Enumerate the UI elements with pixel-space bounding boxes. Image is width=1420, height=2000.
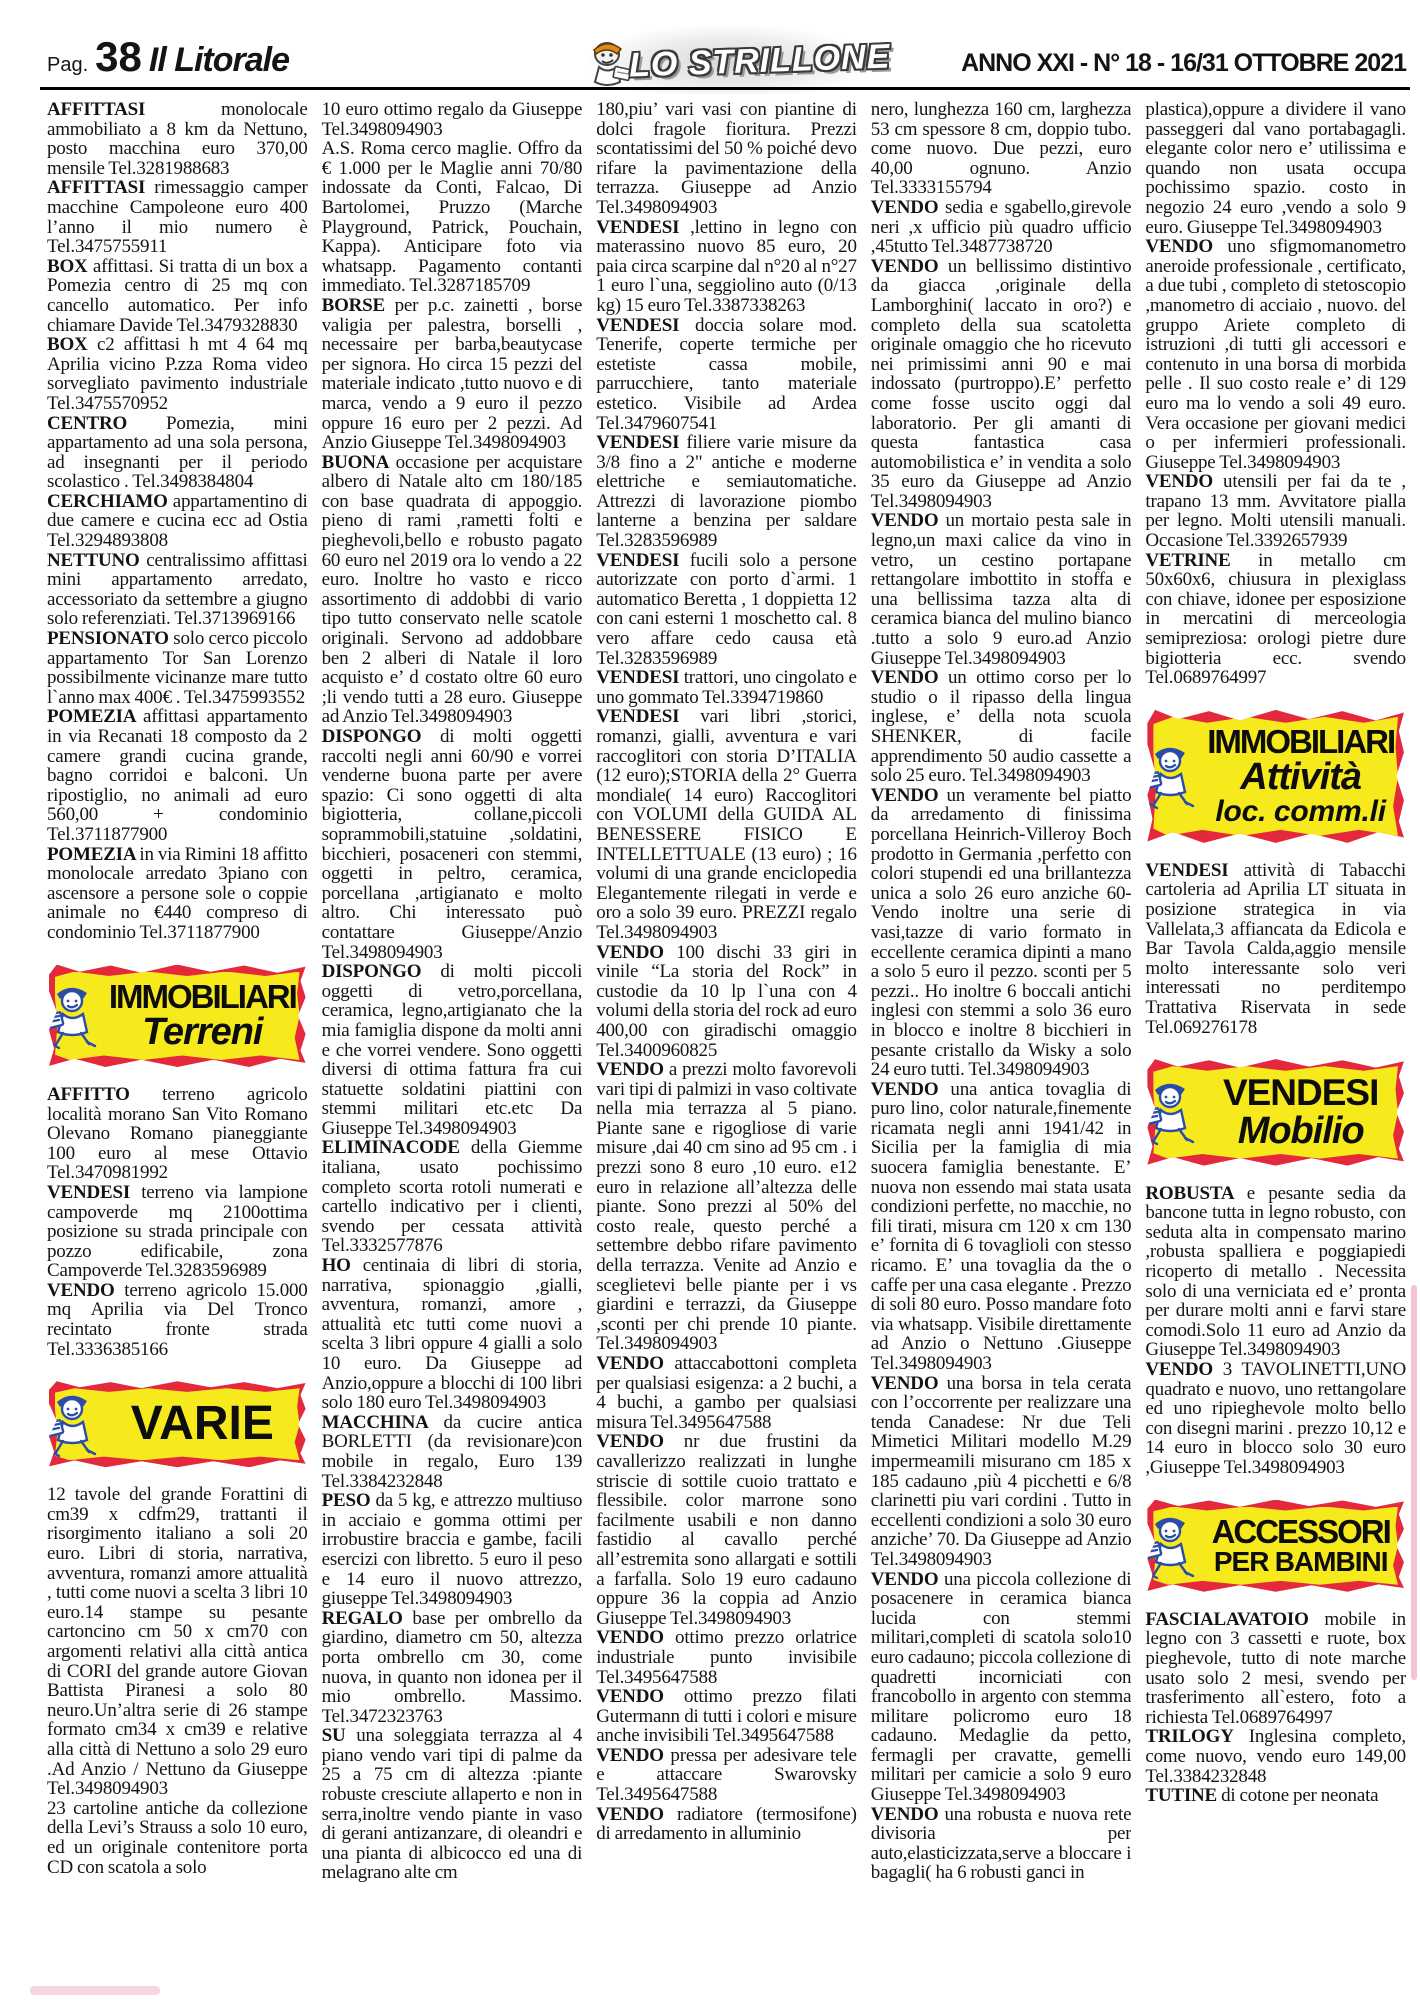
- ad-lead-word: POMEZIA: [47, 706, 143, 727]
- page-number: 38: [95, 36, 142, 78]
- classified-ad: REGALO base per ombrello da giardino, di…: [322, 1609, 583, 1727]
- section-banner: VARIE: [49, 1381, 306, 1467]
- classified-ad: VETRINE in metallo cm 50x60x6, chiusura …: [1145, 551, 1406, 688]
- ad-lead-word: VENDESI: [1145, 860, 1243, 881]
- page-header: Pag. 38 Il Litorale LO STRILLONE ANNO XX…: [47, 26, 1406, 86]
- ad-lead-word: AFFITTO: [47, 1084, 162, 1105]
- classified-ad: VENDESI ,lettino in legno con materassin…: [596, 218, 857, 316]
- classified-ad: AFFITTO terreno agricolo località morano…: [47, 1085, 308, 1183]
- ad-continuation: nero, lunghezza 160 cm, larghezza 53 cm …: [871, 100, 1132, 198]
- ad-lead-word: VENDO: [596, 1353, 674, 1374]
- ad-lead-word: VENDO: [871, 667, 948, 688]
- newsboy-icon: [1145, 1510, 1199, 1582]
- newsboy-icon: [1145, 740, 1199, 812]
- ad-lead-word: TRILOGY: [1145, 1726, 1248, 1747]
- classified-ad: BORSE per p.c. zainetti , borse valigia …: [322, 296, 583, 453]
- banner-text: Mobilio: [1238, 1112, 1364, 1151]
- ad-lead-word: VETRINE: [1145, 550, 1258, 571]
- ad-lead-word: MACCHINA: [322, 1412, 444, 1433]
- banner-text: loc. comm.li: [1215, 797, 1385, 828]
- classified-ad: VENDO 3 TAVOLINETTI,UNO quadrato e nuovo…: [1145, 1360, 1406, 1478]
- ad-lead-word: DISPONGO: [322, 726, 440, 747]
- banner-text: IMMOBILIARI: [1207, 725, 1394, 759]
- newspaper-column-2: 10 euro ottimo regalo da Giuseppe Tel.34…: [322, 100, 583, 1992]
- ad-lead-word: REGALO: [322, 1608, 413, 1629]
- classified-ad: SU una soleggiata terrazza al 4 piano ve…: [322, 1726, 583, 1883]
- masthead-left: Pag. 38 Il Litorale: [47, 36, 289, 80]
- classified-ad: VENDO un mortaio pesta sale in legno,un …: [871, 511, 1132, 668]
- classified-ad: VENDESI doccia solare mod. Tenerife, cop…: [596, 316, 857, 434]
- classified-ad: POMEZIA affittasi appartamento in via Re…: [47, 707, 308, 844]
- classified-ad: CERCHIAMO appartamentino di due camere e…: [47, 492, 308, 551]
- ad-lead-word: TUTINE: [1145, 1785, 1221, 1806]
- ad-lead-word: VENDO: [871, 785, 947, 806]
- classified-ad: VENDESI attività di Tabacchi cartoleria …: [1145, 861, 1406, 1037]
- ad-lead-word: VENDO: [871, 1079, 951, 1100]
- newsboy-mascot-icon: [583, 34, 635, 90]
- classified-ad: MACCHINA da cucire antica BORLETTI (da r…: [322, 1413, 583, 1491]
- classified-ad: 23 cartoline antiche da collezione della…: [47, 1799, 308, 1877]
- ad-lead-word: VENDESI: [596, 432, 686, 453]
- ad-lead-word: BOX: [47, 256, 93, 277]
- classified-ad: VENDO una borsa in tela cerata con l’occ…: [871, 1374, 1132, 1570]
- ad-lead-word: BOX: [47, 334, 97, 355]
- newspaper-column-5: plastica),oppure a dividere il vano pass…: [1145, 100, 1406, 1992]
- scan-smudge-artifact: [30, 1986, 160, 1995]
- classified-ad: VENDO nr due frustini da cavallerizzo re…: [596, 1432, 857, 1628]
- ad-lead-word: VENDO: [871, 510, 946, 531]
- ad-lead-word: AFFITTASI: [47, 100, 221, 120]
- classified-ad: VENDO una piccola collezione di posacene…: [871, 1570, 1132, 1805]
- ad-lead-word: VENDO: [596, 1745, 670, 1766]
- ad-lead-word: VENDO: [47, 1280, 124, 1301]
- section-banner: IMMOBILIARIAttivitàloc. comm.li: [1147, 710, 1404, 843]
- issue-info: ANNO XXI - N° 18 - 16/31 OTTOBRE 2021: [961, 49, 1406, 78]
- ad-lead-word: VENDO: [596, 1804, 677, 1825]
- banner-text: Terreni: [142, 1013, 262, 1052]
- newsboy-icon: [1145, 1076, 1199, 1148]
- classified-ad: TUTINE di cotone per neonata: [1145, 1786, 1406, 1806]
- ad-lead-word: SU: [322, 1725, 357, 1746]
- ad-lead-word: ELIMINACODE: [322, 1137, 471, 1158]
- banner-text: ACCESSORI: [1212, 1515, 1390, 1549]
- ad-continuation: plastica),oppure a dividere il vano pass…: [1145, 100, 1406, 237]
- classified-ad: VENDESI filiere varie misure da 3/8 fino…: [596, 433, 857, 551]
- ad-lead-word: VENDO: [871, 1804, 945, 1825]
- ad-lead-word: VENDESI: [47, 1182, 141, 1203]
- classified-ad: VENDO attaccabottoni completa per qualsi…: [596, 1354, 857, 1432]
- classified-ad: VENDO uno sfigmomanometro aneroide profe…: [1145, 237, 1406, 472]
- classified-ad: A.S. Roma cerco maglie. Offro da € 1.000…: [322, 139, 583, 296]
- classified-ad: FASCIALAVATOIO mobile in legno con 3 cas…: [1145, 1610, 1406, 1728]
- banner-text: PER BAMBINI: [1214, 1548, 1388, 1577]
- classified-ad: VENDO una antica tovaglia di puro lino, …: [871, 1080, 1132, 1374]
- classified-ad: VENDO utensili per fai da te , trapano 1…: [1145, 472, 1406, 550]
- classified-ad: TRILOGY Inglesina completo, come nuovo, …: [1145, 1727, 1406, 1786]
- ad-lead-word: VENDESI: [596, 315, 695, 336]
- classified-ad: HO centinaia di libri di storia, narrati…: [322, 1256, 583, 1413]
- page-label: Pag.: [47, 54, 88, 77]
- ad-lead-word: BUONA: [322, 452, 396, 473]
- classified-ad: VENDO 100 dischi 33 giri in vinile “La s…: [596, 943, 857, 1061]
- ad-continuation: 10 euro ottimo regalo da Giuseppe Tel.34…: [322, 100, 583, 139]
- ad-lead-word: VENDESI: [596, 217, 690, 238]
- ad-lead-word: ROBUSTA: [1145, 1183, 1246, 1204]
- ad-lead-word: HO: [322, 1255, 363, 1276]
- banner-text: Attività: [1240, 758, 1361, 797]
- ad-lead-word: FASCIALAVATOIO: [1145, 1609, 1324, 1630]
- classified-ad: VENDO una robusta e nuova rete divisoria…: [871, 1805, 1132, 1883]
- scan-edge-artifact: [1411, 1285, 1417, 1680]
- banner-text: IMMOBILIARI: [109, 980, 296, 1014]
- classified-ad: DISPONGO di molti oggetti raccolti negli…: [322, 727, 583, 962]
- classified-ad: VENDESI trattori, uno cingolato e uno go…: [596, 668, 857, 707]
- classified-ad: VENDO a prezzi molto favorevoli vari tip…: [596, 1060, 857, 1354]
- classified-ad: NETTUNO centralissimo affittasi mini app…: [47, 551, 308, 629]
- ad-lead-word: CERCHIAMO: [47, 491, 173, 512]
- ad-lead-word: BORSE: [322, 295, 395, 316]
- classified-ad: DISPONGO di molti piccoli oggetti di vet…: [322, 962, 583, 1138]
- ad-lead-word: VENDESI: [596, 667, 684, 688]
- ad-lead-word: VENDO: [871, 1373, 947, 1394]
- classified-ad: VENDO radiatore (termosifone) di arredam…: [596, 1805, 857, 1844]
- ad-lead-word: VENDO: [596, 1686, 684, 1707]
- banner-text: VENDESI: [1223, 1074, 1378, 1112]
- classified-ad: VENDESI fucili solo a persone autorizzat…: [596, 551, 857, 669]
- classified-ad: VENDO ottimo prezzo filati Gutermann di …: [596, 1687, 857, 1746]
- classified-ad: VENDO un bellissimo distintivo da giacca…: [871, 257, 1132, 512]
- classified-ad: CENTRO Pomezia, mini appartamento ad una…: [47, 414, 308, 492]
- classified-ad: AFFITTASI monolocale ammobiliato a 8 km …: [47, 100, 308, 178]
- classified-ad: VENDESI terreno via lampione campoverde …: [47, 1183, 308, 1281]
- classified-ad: PENSIONATO solo cerco piccolo appartamen…: [47, 629, 308, 707]
- publication-title: Il Litorale: [149, 41, 289, 80]
- classified-ad: POMEZIA in via Rimini 18 affitto monoloc…: [47, 845, 308, 943]
- ad-lead-word: AFFITTASI: [47, 177, 154, 198]
- ad-lead-word: VENDO: [871, 256, 948, 277]
- classified-ad: BUONA occasione per acquistare albero di…: [322, 453, 583, 727]
- classified-ad: VENDO un veramente bel piatto da arredam…: [871, 786, 1132, 1080]
- ad-lead-word: VENDO: [596, 942, 676, 963]
- newsboy-icon: [47, 980, 101, 1052]
- columns: AFFITTASI monolocale ammobiliato a 8 km …: [47, 100, 1406, 1992]
- header-rule: [40, 87, 1410, 90]
- ad-lead-word: VENDO: [596, 1627, 675, 1648]
- ad-lead-word: CENTRO: [47, 413, 166, 434]
- ad-lead-word: VENDO: [596, 1059, 669, 1080]
- ad-continuation: 180,piu’ vari vasi con piantine di dolci…: [596, 100, 857, 218]
- ad-lead-word: NETTUNO: [47, 550, 146, 571]
- newsboy-icon: [47, 1388, 101, 1460]
- ad-lead-word: DISPONGO: [322, 961, 441, 982]
- classified-ad: VENDO un ottimo corso per lo studio o il…: [871, 668, 1132, 786]
- classified-ad: BOX c2 affittasi h mt 4 64 mq Aprilia vi…: [47, 335, 308, 413]
- classified-ad: VENDO pressa per adesivare tele e attacc…: [596, 1746, 857, 1805]
- classified-ad: VENDESI vari libri ,storici, romanzi, gi…: [596, 707, 857, 942]
- ad-lead-word: PESO: [322, 1490, 376, 1511]
- newspaper-column-3: 180,piu’ vari vasi con piantine di dolci…: [596, 100, 857, 1992]
- classified-ad: PESO da 5 kg, e attrezzo multiuso in acc…: [322, 1491, 583, 1609]
- ad-lead-word: VENDO: [1145, 471, 1223, 492]
- ad-lead-word: VENDO: [871, 197, 945, 218]
- classified-ad: VENDO terreno agricolo 15.000 mq Aprilia…: [47, 1281, 308, 1359]
- ad-lead-word: VENDO: [1145, 236, 1227, 257]
- banner-text: VARIE: [131, 1400, 274, 1449]
- newspaper-column-1: AFFITTASI monolocale ammobiliato a 8 km …: [47, 100, 308, 1992]
- classified-ad: ELIMINACODE della Giemme italiana, usato…: [322, 1138, 583, 1256]
- section-banner: ACCESSORIPER BAMBINI: [1147, 1500, 1404, 1592]
- ad-lead-word: PENSIONATO: [47, 628, 173, 649]
- ad-lead-word: VENDO: [1145, 1359, 1222, 1380]
- classified-ad: AFFITTASI rimessaggio camper macchine Ca…: [47, 178, 308, 256]
- ad-lead-word: VENDESI: [596, 706, 700, 727]
- ad-lead-word: VENDO: [871, 1569, 944, 1590]
- ad-lead-word: POMEZIA: [47, 844, 139, 865]
- classified-ad: 12 tavole del grande Forattini di cm39 x…: [47, 1485, 308, 1799]
- classified-ad: BOX affittasi. Si tratta di un box a Pom…: [47, 257, 308, 335]
- section-banner: VENDESIMobilio: [1147, 1059, 1404, 1165]
- newspaper-column-4: nero, lunghezza 160 cm, larghezza 53 cm …: [871, 100, 1132, 1992]
- section-banner: IMMOBILIARITerreni: [49, 965, 306, 1067]
- classified-ad: ROBUSTA e pesante sedia da bancone tutta…: [1145, 1184, 1406, 1360]
- classified-ad: VENDO ottimo prezzo orlatrice industrial…: [596, 1628, 857, 1687]
- ad-lead-word: VENDESI: [596, 550, 690, 571]
- ad-lead-word: VENDO: [596, 1431, 684, 1452]
- classified-ad: VENDO sedia e sgabello,girevole neri ,x …: [871, 198, 1132, 257]
